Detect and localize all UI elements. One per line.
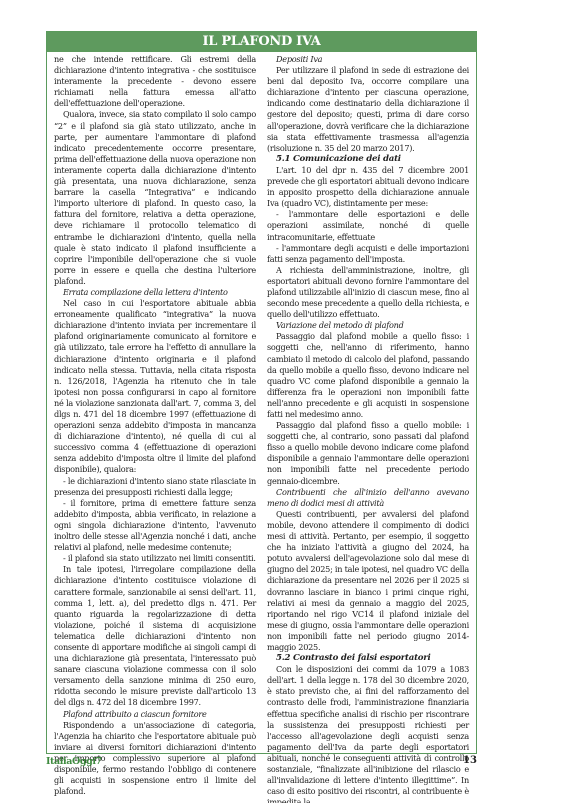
paragraph: - l'ammontare delle esportazioni e delle…	[267, 209, 469, 242]
left-column: ne che intende rettificare. Gli estremi …	[54, 54, 256, 751]
paragraph: Con le disposizioni dei commi da 1079 a …	[267, 664, 469, 803]
paragraph: Nel caso in cui l'esportatore abituale a…	[54, 298, 256, 476]
publication-logo: ItaliaOggi7	[46, 756, 102, 767]
paragraph: - il fornitore, prima di emettere fattur…	[54, 498, 256, 553]
subheading: Contribuenti che all'inizio dell'anno av…	[267, 487, 469, 509]
subheading: Errata compilazione della lettera d'inte…	[54, 287, 256, 298]
section-heading: 5.1 Comunicazione dei dati	[267, 154, 469, 165]
article-box: IL PLAFOND IVA ne che intende rettificar…	[46, 31, 477, 754]
paragraph: Per utilizzare il plafond in sede di est…	[267, 65, 469, 154]
paragraph: In tale ipotesi, l'irregolare compilazio…	[54, 564, 256, 708]
section-header: IL PLAFOND IVA	[47, 32, 476, 52]
paragraph: - il plafond sia stato utilizzato nei li…	[54, 553, 256, 564]
paragraph: ne che intende rettificare. Gli estremi …	[54, 54, 256, 109]
paragraph: - l'ammontare degli acquisti e delle imp…	[267, 243, 469, 265]
subheading: Plafond attribuito a ciascun fornitore	[54, 709, 256, 720]
subheading: Depositi Iva	[267, 54, 469, 65]
paragraph: Qualora, invece, sia stato compilato il …	[54, 109, 256, 287]
paragraph: - le dichiarazioni d'intento siano state…	[54, 476, 256, 498]
page-number: 13	[463, 755, 477, 766]
subheading: Variazione del metodo di plafond	[267, 320, 469, 331]
paragraph: A richiesta dell'amministrazione, inoltr…	[267, 265, 469, 320]
section-heading: 5.2 Contrasto dei falsi esportatori	[267, 653, 469, 664]
paragraph: Passaggio dal plafond fisso a quello mob…	[267, 420, 469, 487]
paragraph: Questi contribuenti, per avvalersi del p…	[267, 509, 469, 653]
article-columns: ne che intende rettificare. Gli estremi …	[54, 54, 469, 751]
right-column: Depositi IvaPer utilizzare il plafond in…	[267, 54, 469, 751]
paragraph: L'art. 10 del dpr n. 435 del 7 dicembre …	[267, 165, 469, 209]
paragraph: Passaggio dal plafond mobile a quello fi…	[267, 331, 469, 420]
